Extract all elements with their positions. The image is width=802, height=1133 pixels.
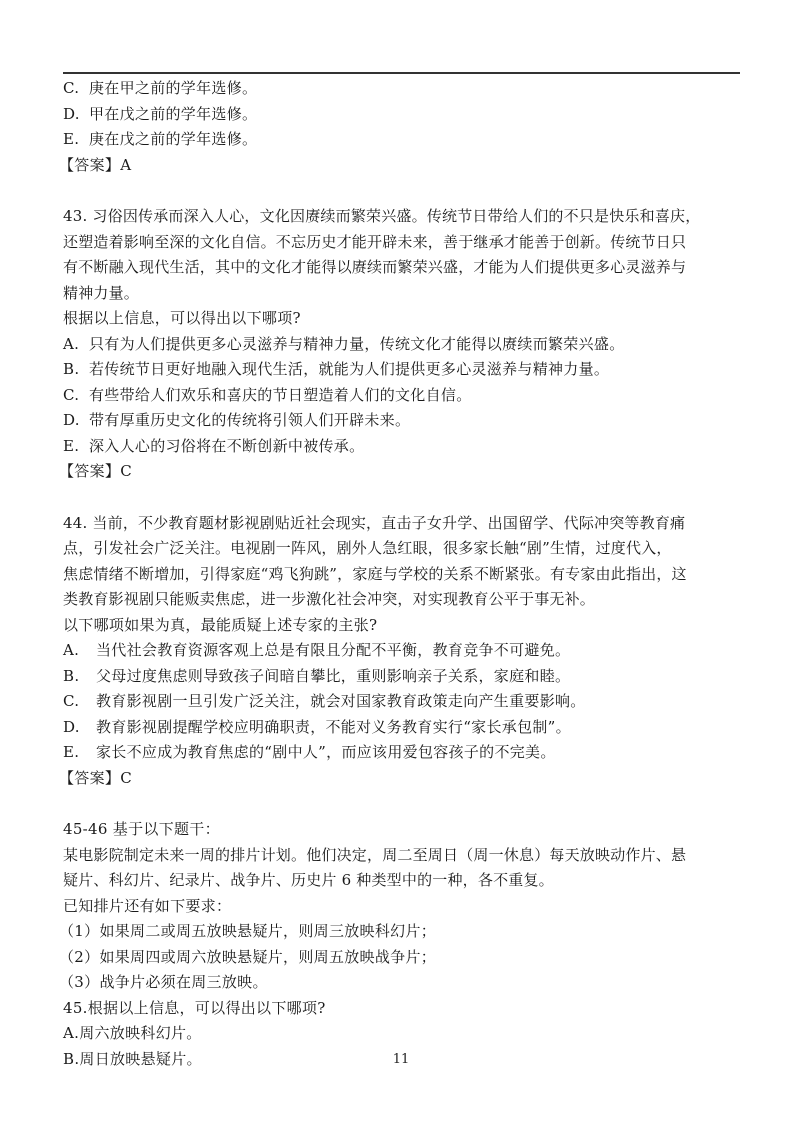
question-stem: 44. 当前，不少教育题材影视剧贴近社会现实，直击子女升学、出国留学、代际冲突等… (63, 511, 743, 613)
section-header: 45-46 基于以下题干： (63, 817, 743, 843)
option-label: D. (63, 102, 89, 128)
option-text: 父母过度焦虑则导致孩子间暗自攀比，重则影响亲子关系，家庭和睦。 (96, 667, 570, 685)
spacer (63, 791, 743, 817)
stem-line: 43. 习俗因传承而深入人心，文化因赓续而繁荣兴盛。传统节日带给人们的不只是快乐… (63, 204, 743, 230)
option-label: E. (63, 740, 96, 766)
question-prompt: 根据以上信息，可以得出以下哪项? (63, 306, 743, 332)
option-text: 有些带给人们欢乐和喜庆的节日塑造着人们的文化自信。 (89, 386, 472, 404)
option-a: A.当代社会教育资源客观上总是有限且分配不平衡，教育竞争不可避免。 (63, 638, 743, 664)
option-d: D.教育影视剧提醒学校应明确职责，不能对义务教育实行“家长承包制”。 (63, 715, 743, 741)
option-label: E. (63, 434, 89, 460)
option-text: 只有为人们提供更多心灵滋养与精神力量，传统文化才能得以赓续而繁荣兴盛。 (89, 335, 625, 353)
stem-line: 44. 当前，不少教育题材影视剧贴近社会现实，直击子女升学、出国留学、代际冲突等… (63, 511, 743, 537)
option-label: C. (63, 383, 89, 409)
option-label: B. (63, 357, 89, 383)
spacer (63, 178, 743, 204)
answer: 【答案】A (59, 153, 743, 179)
option-text: 带有厚重历史文化的传统将引领人们开辟未来。 (89, 411, 410, 429)
option-d: D.带有厚重历史文化的传统将引领人们开辟未来。 (63, 408, 743, 434)
spacer (63, 485, 743, 511)
page-content: C.庚在甲之前的学年选修。 D.甲在戊之前的学年选修。 E.庚在戊之前的学年选修… (63, 76, 743, 1072)
option-label: D. (63, 408, 89, 434)
stem-line: 点，引发社会广泛关注。电视剧一阵风，剧外人急红眼，很多家长触“剧”生情，过度代入… (63, 536, 743, 562)
requirement-2: （2）如果周四或周六放映悬疑片，则周五放映战争片； (59, 945, 743, 971)
question-45-46-stem: 45-46 基于以下题干： 某电影院制定未来一周的排片计划。他们决定，周二至周日… (63, 817, 743, 996)
option-text: 教育影视剧提醒学校应明确职责，不能对义务教育实行“家长承包制”。 (96, 718, 571, 736)
header-rule (63, 72, 740, 74)
stem-line: 还塑造着影响至深的文化自信。不忘历史才能开辟未来，善于继承才能善于创新。传统节日… (63, 230, 743, 256)
page-number: 11 (0, 1052, 802, 1067)
option-d: D.甲在戊之前的学年选修。 (63, 102, 743, 128)
question-stem: 某电影院制定未来一周的排片计划。他们决定，周二至周日（周一休息）每天放映动作片、… (63, 843, 743, 894)
option-label: A. (63, 1021, 79, 1047)
requirement-1: （1）如果周二或周五放映悬疑片，则周三放映科幻片； (59, 919, 743, 945)
stem-line: 精神力量。 (63, 281, 743, 307)
stem-line: 疑片、科幻片、纪录片、战争片、历史片 6 种类型中的一种，各不重复。 (63, 868, 743, 894)
question-prompt: 以下哪项如果为真，最能质疑上述专家的主张? (63, 613, 743, 639)
option-label: B. (63, 664, 96, 690)
option-label: C. (63, 689, 96, 715)
answer: 【答案】C (59, 459, 743, 485)
option-text: 教育影视剧一旦引发广泛关注，就会对国家教育政策走向产生重要影响。 (96, 692, 586, 710)
question-42-tail: C.庚在甲之前的学年选修。 D.甲在戊之前的学年选修。 E.庚在戊之前的学年选修… (63, 76, 743, 178)
option-b: B.若传统节日更好地融入现代生活，就能为人们提供更多心灵滋养与精神力量。 (63, 357, 743, 383)
option-e: E.家长不应成为教育焦虑的“剧中人”，而应该用爱包容孩子的不完美。 (63, 740, 743, 766)
option-label: A. (63, 332, 89, 358)
option-text: 家长不应成为教育焦虑的“剧中人”，而应该用爱包容孩子的不完美。 (96, 743, 556, 761)
question-stem: 43. 习俗因传承而深入人心，文化因赓续而繁荣兴盛。传统节日带给人们的不只是快乐… (63, 204, 743, 306)
option-c: C.有些带给人们欢乐和喜庆的节日塑造着人们的文化自信。 (63, 383, 743, 409)
option-label: E. (63, 127, 89, 153)
option-a: A.只有为人们提供更多心灵滋养与精神力量，传统文化才能得以赓续而繁荣兴盛。 (63, 332, 743, 358)
option-text: 甲在戊之前的学年选修。 (89, 105, 257, 123)
option-label: D. (63, 715, 96, 741)
option-a: A.周六放映科幻片。 (63, 1021, 743, 1047)
option-text: 若传统节日更好地融入现代生活，就能为人们提供更多心灵滋养与精神力量。 (89, 360, 609, 378)
stem-line: 类教育影视剧只能贩卖焦虑，进一步激化社会冲突，对实现教育公平于事无补。 (63, 587, 743, 613)
answer: 【答案】C (59, 766, 743, 792)
option-label: A. (63, 638, 96, 664)
requirements-intro: 已知排片还有如下要求： (63, 894, 743, 920)
option-text: 庚在戊之前的学年选修。 (89, 130, 257, 148)
requirement-3: （3）战争片必须在周三放映。 (59, 970, 743, 996)
option-text: 庚在甲之前的学年选修。 (89, 79, 257, 97)
option-text: 当代社会教育资源客观上总是有限且分配不平衡，教育竞争不可避免。 (96, 641, 570, 659)
option-c: C.教育影视剧一旦引发广泛关注，就会对国家教育政策走向产生重要影响。 (63, 689, 743, 715)
option-text: 深入人心的习俗将在不断创新中被传承。 (89, 437, 364, 455)
option-e: E.庚在戊之前的学年选修。 (63, 127, 743, 153)
question-43: 43. 习俗因传承而深入人心，文化因赓续而繁荣兴盛。传统节日带给人们的不只是快乐… (63, 204, 743, 485)
question-prompt: 45.根据以上信息，可以得出以下哪项? (63, 996, 743, 1022)
option-text: 周六放映科幻片。 (79, 1024, 201, 1042)
option-b: B.父母过度焦虑则导致孩子间暗自攀比，重则影响亲子关系，家庭和睦。 (63, 664, 743, 690)
stem-line: 有不断融入现代生活，其中的文化才能得以赓续而繁荣兴盛，才能为人们提供更多心灵滋养… (63, 255, 743, 281)
question-44: 44. 当前，不少教育题材影视剧贴近社会现实，直击子女升学、出国留学、代际冲突等… (63, 511, 743, 792)
stem-line: 某电影院制定未来一周的排片计划。他们决定，周二至周日（周一休息）每天放映动作片、… (63, 843, 743, 869)
option-c: C.庚在甲之前的学年选修。 (63, 76, 743, 102)
stem-line: 焦虑情绪不断增加，引得家庭“鸡飞狗跳”，家庭与学校的关系不断紧张。有专家由此指出… (63, 562, 743, 588)
option-e: E.深入人心的习俗将在不断创新中被传承。 (63, 434, 743, 460)
option-label: C. (63, 76, 89, 102)
